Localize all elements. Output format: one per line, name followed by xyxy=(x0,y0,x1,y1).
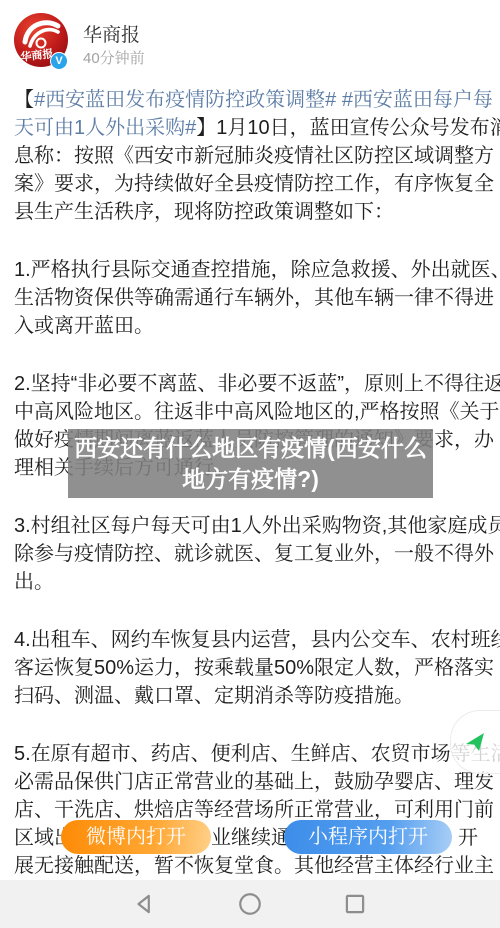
back-icon xyxy=(132,891,158,917)
article-paragraph: 5.在原有超市、药店、便利店、生鲜店、农贸市场等生活必需品保供门店正常营业的基础… xyxy=(14,740,486,880)
text-segment: 【 xyxy=(14,89,34,111)
text-line: 4.出租车、网约车恢复县内运营，县内公交车、农村班线 xyxy=(14,626,486,654)
text-segment: 必需品保供门店正常营业的基础上，鼓励孕婴店、理发 xyxy=(14,771,494,793)
caption-overlay: 西安还有什么地区有疫情(西安什么 地方有疫情?) xyxy=(68,429,433,498)
text-line: 入或离开蓝田。 xyxy=(14,312,486,340)
hashtag-link[interactable]: 天可由1人外出采购# xyxy=(14,117,196,139)
home-button[interactable] xyxy=(226,880,274,928)
text-segment: 除参与疫情防控、就诊就医、复工复业外，一般不得外 xyxy=(14,543,494,565)
text-segment: 3.村组社区每户每天可由1人外出采购物资,其他家庭成员 xyxy=(14,515,500,537)
weibo-article-page: 华商报 V 华商报 40分钟前 【#西安蓝田发布疫情防控政策调整# #西安蓝田每… xyxy=(0,0,500,928)
text-segment: 业继续通 xyxy=(211,824,291,852)
hashtag-link[interactable]: #西安蓝田每户每 xyxy=(342,89,493,111)
open-in-miniprogram-button[interactable]: 小程序内打开 xyxy=(284,820,452,854)
article-paragraph: 1.严格执行县际交通查控措施，除应急救援、外出就医、生活物资保供等确需通行车辆外… xyxy=(14,256,486,340)
text-segment: 1.严格执行县际交通查控措施，除应急救援、外出就医、 xyxy=(14,259,500,281)
text-line: 展无接触配送，暂不恢复堂食。其他经营主体经行业主 xyxy=(14,852,486,880)
text-segment: 展无接触配送，暂不恢复堂食。其他经营主体经行业主 xyxy=(14,855,494,877)
text-line: 天可由1人外出采购#】1月10日，蓝田宣传公众号发布消 xyxy=(14,114,486,142)
text-line: 案》要求，为持续做好全县疫情防控工作，有序恢复全 xyxy=(14,170,486,198)
text-segment: 案》要求，为持续做好全县疫情防控工作，有序恢复全 xyxy=(14,173,494,195)
article-paragraph: 【#西安蓝田发布疫情防控政策调整# #西安蓝田每户每天可由1人外出采购#】1月1… xyxy=(14,86,486,226)
verified-v-icon: V xyxy=(50,52,68,70)
text-line: 2.坚持“非必要不离蓝、非必要不返蓝”，原则上不得往返 xyxy=(14,370,486,398)
author-header: 华商报 V 华商报 40分钟前 xyxy=(0,0,500,86)
recents-button[interactable] xyxy=(331,880,379,928)
text-line: 3.村组社区每户每天可由1人外出采购物资,其他家庭成员 xyxy=(14,512,486,540)
recents-icon xyxy=(342,891,368,917)
article-paragraph: 3.村组社区每户每天可由1人外出采购物资,其他家庭成员除参与疫情防控、就诊就医、… xyxy=(14,512,486,596)
avatar[interactable]: 华商报 V xyxy=(14,13,68,67)
home-icon xyxy=(237,891,263,917)
article: 【#西安蓝田发布疫情防控政策调整# #西安蓝田每户每天可由1人外出采购#】1月1… xyxy=(14,86,486,910)
text-line: 客运恢复50%运力，按乘载量50%限定人数，严格落实 xyxy=(14,654,486,682)
text-line: 县生产生活秩序，现将防控政策调整如下： xyxy=(14,198,486,226)
text-segment: 生活物资保供等确需通行车辆外，其他车辆一律不得进 xyxy=(14,287,494,309)
text-segment: 入或离开蓝田。 xyxy=(14,315,154,337)
send-icon xyxy=(463,730,487,754)
open-in-app-float-button[interactable] xyxy=(450,710,500,774)
open-in-weibo-button[interactable]: 微博内打开 xyxy=(61,820,211,854)
text-line: 5.在原有超市、药店、便利店、生鲜店、农贸市场等生活 xyxy=(14,740,486,768)
text-segment: 5.在原有超市、药店、便利店、生鲜店、农贸市场等生活 xyxy=(14,743,500,765)
text-line: 必需品保供门店正常营业的基础上，鼓励孕婴店、理发 xyxy=(14,768,486,796)
hashtag-link[interactable]: #西安蓝田发布疫情防控政策调整# xyxy=(34,89,336,111)
text-line: 生活物资保供等确需通行车辆外，其他车辆一律不得进 xyxy=(14,284,486,312)
back-button[interactable] xyxy=(121,880,169,928)
text-line: 1.严格执行县际交通查控措施，除应急救援、外出就医、 xyxy=(14,256,486,284)
text-line: 息称：按照《西安市新冠肺炎疫情社区防控区域调整方 xyxy=(14,142,486,170)
text-segment: 4.出租车、网约车恢复县内运营，县内公交车、农村班线 xyxy=(14,629,500,651)
text-segment: 2.坚持“非必要不离蓝、非必要不返蓝”，原则上不得往返 xyxy=(14,373,500,395)
text-segment: 息称：按照《西安市新冠肺炎疫情社区防控区域调整方 xyxy=(14,145,494,167)
article-paragraph: 4.出租车、网约车恢复县内运营，县内公交车、农村班线客运恢复50%运力，按乘载量… xyxy=(14,626,486,710)
text-line: 出。 xyxy=(14,568,486,596)
text-segment: 】1月10日，蓝田宣传公众号发布消 xyxy=(196,117,500,139)
text-segment: 出。 xyxy=(14,571,54,593)
android-nav-bar xyxy=(0,880,500,928)
text-line: 扫码、测温、戴口罩、定期消杀等防疫措施。 xyxy=(14,682,486,710)
text-segment: 中高风险地区。往返非中高风险地区的,严格按照《关于 xyxy=(14,401,500,423)
text-line: 中高风险地区。往返非中高风险地区的,严格按照《关于 xyxy=(14,398,486,426)
text-segment: 客运恢复50%运力，按乘载量50%限定人数，严格落实 xyxy=(14,657,494,679)
text-line: 【#西安蓝田发布疫情防控政策调整# #西安蓝田每户每 xyxy=(14,86,486,114)
caption-line-1: 西安还有什么地区有疫情(西安什么 xyxy=(74,433,427,464)
text-segment: 店、干洗店、烘焙店等经营场所正常营业，可利用门前 xyxy=(14,799,494,821)
caption-line-2: 地方有疫情?) xyxy=(182,464,319,495)
text-line: 除参与疫情防控、就诊就医、复工复业外，一般不得外 xyxy=(14,540,486,568)
post-time: 40分钟前 xyxy=(83,47,145,68)
author-name[interactable]: 华商报 xyxy=(83,20,140,47)
text-segment: 扫码、测温、戴口罩、定期消杀等防疫措施。 xyxy=(14,685,414,707)
text-segment: 开 xyxy=(458,824,478,852)
text-segment: 县生产生活秩序，现将防控政策调整如下： xyxy=(14,201,394,223)
